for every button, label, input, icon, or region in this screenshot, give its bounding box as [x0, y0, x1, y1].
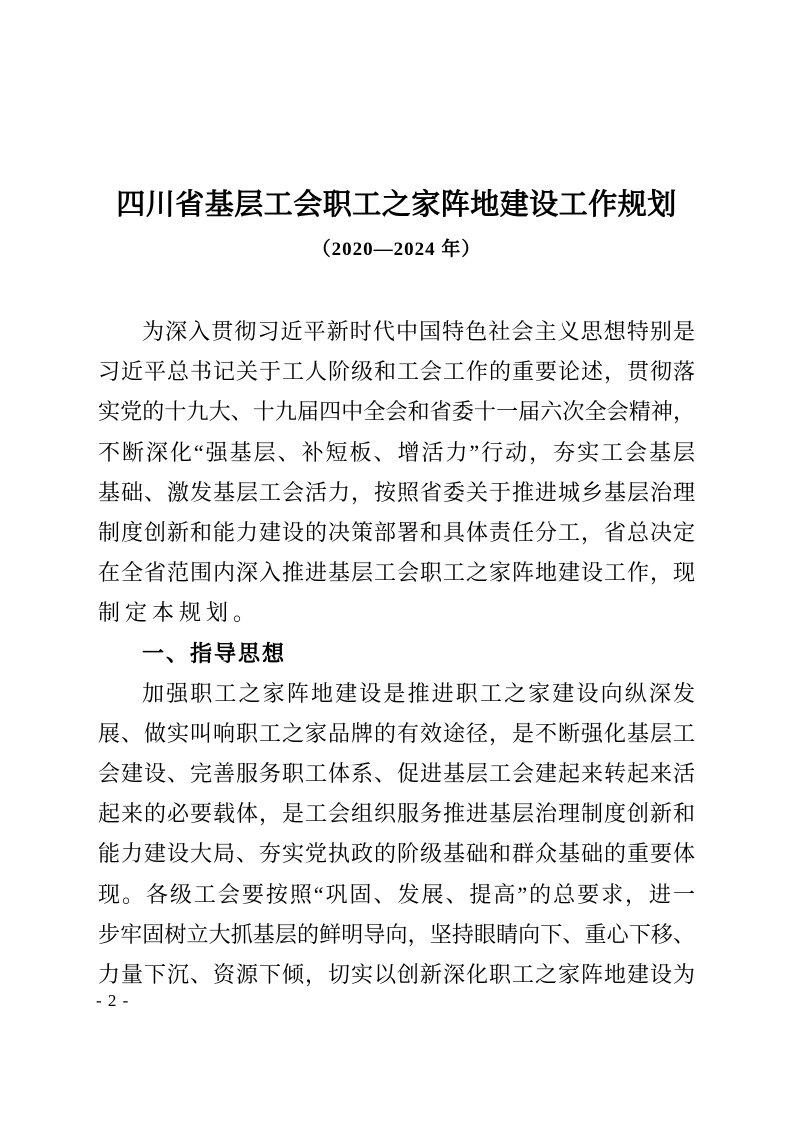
body-line: 基础、激发基层工会活力，按照省委关于推进城乡基层治理	[98, 473, 695, 513]
paragraph: 加强职工之家阵地建设是推进职工之家建设向纵深发 展、做实叫响职工之家品牌的有效途…	[98, 674, 695, 996]
body-line: 实党的十九大、十九届四中全会和省委十一届六次全会精神，	[98, 392, 695, 432]
body-line: 制定本规划。	[98, 593, 695, 633]
body-line: 步牢固树立大抓基层的鲜明导向，坚持眼睛向下、重心下移、	[98, 915, 695, 955]
body-line: 加强职工之家阵地建设是推进职工之家建设向纵深发	[98, 674, 695, 714]
body-line: 力量下沉、资源下倾，切实以创新深化职工之家阵地建设为	[98, 955, 695, 995]
document-subtitle: （2020—2024 年）	[0, 236, 793, 264]
document-page: 四川省基层工会职工之家阵地建设工作规划 （2020—2024 年） 为深入贯彻习…	[0, 0, 793, 1122]
body-line: 现。各级工会要按照“巩固、发展、提高”的总要求，进一	[98, 875, 695, 915]
body-line: 展、做实叫响职工之家品牌的有效途径，是不断强化基层工	[98, 714, 695, 754]
body-line: 会建设、完善服务职工体系、促进基层工会建起来转起来活	[98, 754, 695, 794]
body-line: 能力建设大局、夯实党执政的阶级基础和群众基础的重要体	[98, 834, 695, 874]
body-line: 不断深化“强基层、补短板、增活力”行动，夯实工会基层	[98, 433, 695, 473]
body-line: 为深入贯彻习近平新时代中国特色社会主义思想特别是	[98, 312, 695, 352]
body-line: 制度创新和能力建设的决策部署和具体责任分工，省总决定	[98, 513, 695, 553]
body-line: 在全省范围内深入推进基层工会职工之家阵地建设工作，现	[98, 553, 695, 593]
document-title: 四川省基层工会职工之家阵地建设工作规划	[0, 184, 793, 226]
body-line: 起来的必要载体，是工会组织服务推进基层治理制度创新和	[98, 794, 695, 834]
body-line: 习近平总书记关于工人阶级和工会工作的重要论述，贯彻落	[98, 352, 695, 392]
document-body: 为深入贯彻习近平新时代中国特色社会主义思想特别是 习近平总书记关于工人阶级和工会…	[98, 312, 695, 995]
page-number: - 2 -	[96, 989, 129, 1013]
section-heading: 一、指导思想	[98, 634, 695, 674]
paragraph: 为深入贯彻习近平新时代中国特色社会主义思想特别是 习近平总书记关于工人阶级和工会…	[98, 312, 695, 634]
